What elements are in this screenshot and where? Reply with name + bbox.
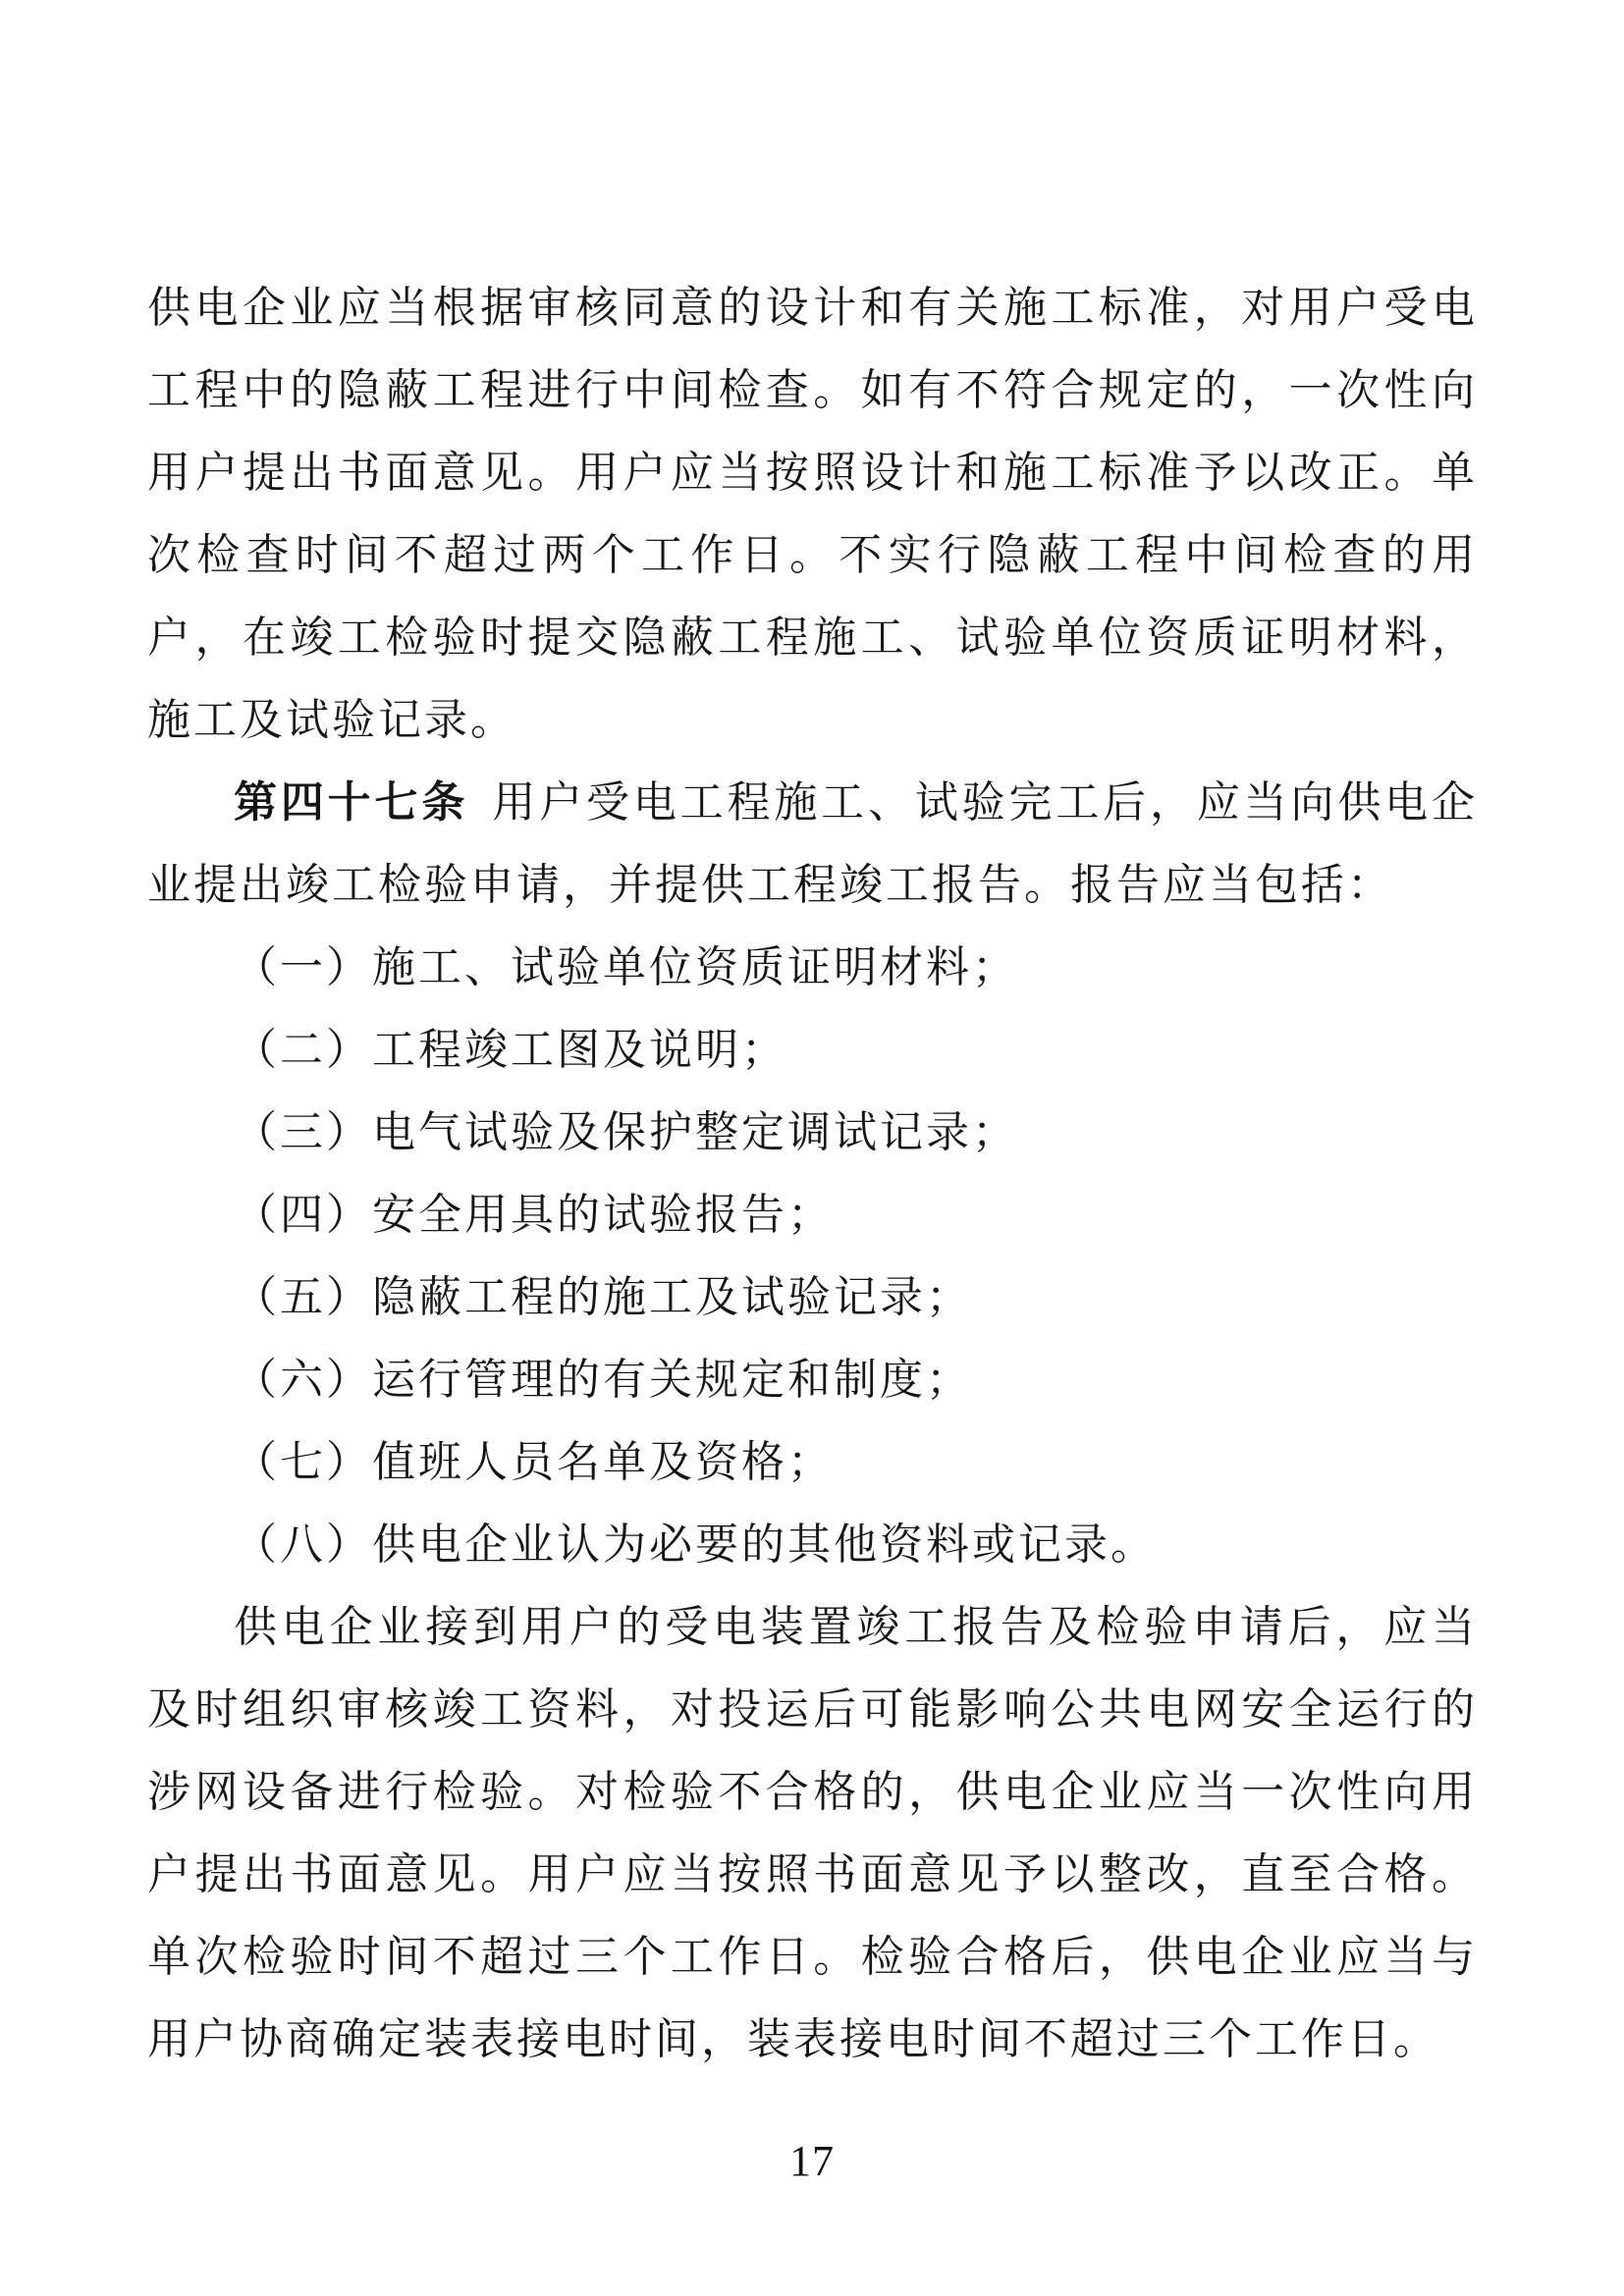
article-number-label: 第四十七条 (234, 778, 468, 827)
page-number: 17 (0, 2136, 1624, 2186)
paragraph-hidden-works-inspection: 供电企业应当根据审核同意的设计和有关施工标准，对用户受电工程中的隐蔽工程进行中间… (147, 267, 1478, 762)
list-item-6: （六）运行管理的有关规定和制度； (147, 1339, 1478, 1421)
list-item-2: （二）工程竣工图及说明； (147, 1009, 1478, 1092)
document-page: 供电企业应当根据审核同意的设计和有关施工标准，对用户受电工程中的隐蔽工程进行中间… (0, 0, 1624, 2296)
list-item-7: （七）值班人员名单及资格； (147, 1421, 1478, 1504)
list-item-4: （四）安全用具的试验报告； (147, 1174, 1478, 1256)
list-item-5: （五）隐蔽工程的施工及试验记录； (147, 1256, 1478, 1339)
list-item-3: （三）电气试验及保护整定调试记录； (147, 1092, 1478, 1174)
document-body: 供电企业应当根据审核同意的设计和有关施工标准，对用户受电工程中的隐蔽工程进行中间… (147, 267, 1478, 2081)
list-item-8: （八）供电企业认为必要的其他资料或记录。 (147, 1504, 1478, 1586)
paragraph-completion-acceptance: 供电企业接到用户的受电装置竣工报告及检验申请后，应当及时组织审核竣工资料，对投运… (147, 1586, 1478, 2081)
list-item-1: （一）施工、试验单位资质证明材料； (147, 927, 1478, 1009)
paragraph-article-47: 第四十七条用户受电工程施工、试验完工后，应当向供电企业提出竣工检验申请，并提供工… (147, 762, 1478, 927)
